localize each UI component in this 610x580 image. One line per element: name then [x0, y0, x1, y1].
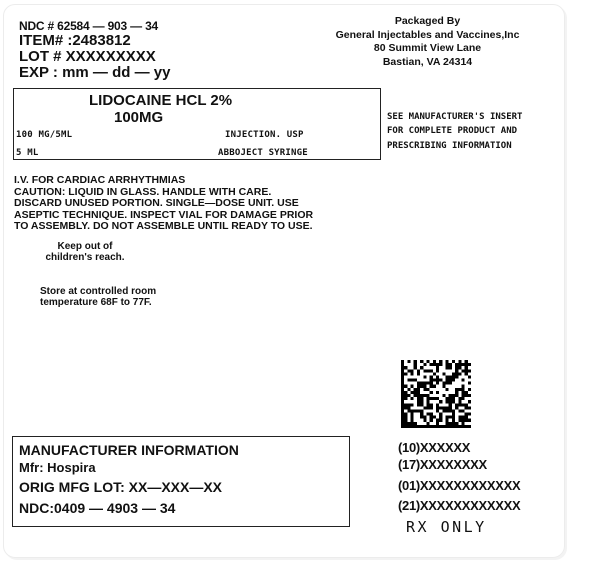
product-name: LIDOCAINE HCL 2% — [89, 92, 232, 109]
insert-note-line: SEE MANUFACTURER'S INSERT — [387, 110, 522, 124]
manufacturer-ndc: NDC:0409 — 4903 — 34 — [19, 500, 175, 516]
storage-line: temperature 68F to 77F. — [40, 298, 156, 309]
manufacturer-name: Mfr: Hospira — [19, 460, 96, 475]
manufacturer-title: MANUFACTURER INFORMATION — [19, 442, 239, 458]
gs1-gtin: (01)XXXXXXXXXXXX — [398, 478, 520, 493]
item-number: ITEM# :2483812 — [19, 32, 131, 49]
gs1-batch: (10)XXXXXX — [398, 440, 470, 455]
product-dose: 100MG — [114, 109, 163, 126]
storage-instructions: Store at controlled room temperature 68F… — [40, 287, 156, 308]
caution-line: TO ASSEMBLY. DO NOT ASSEMBLE UNTIL READY… — [14, 221, 313, 233]
expiration-date: EXP : mm — dd — yy — [19, 64, 170, 81]
product-volume: 5 ML — [16, 148, 38, 158]
gs1-expiry: (17)XXXXXXXX — [398, 457, 487, 472]
ndc-number: NDC # 62584 — 903 — 34 — [19, 19, 158, 33]
storage-line: Store at controlled room — [40, 287, 156, 298]
caution-line: I.V. FOR CARDIAC ARRHYTHMIAS — [14, 175, 313, 187]
packager-street: 80 Summit View Lane — [300, 42, 555, 56]
insert-note-line: PRESCRIBING INFORMATION — [387, 139, 522, 153]
manufacturer-box: MANUFACTURER INFORMATION Mfr: Hospira OR… — [12, 436, 350, 527]
manufacturer-lot: ORIG MFG LOT: XX—XXX—XX — [19, 479, 222, 495]
product-container: ABBOJECT SYRINGE — [218, 148, 308, 158]
packager-company: General Injectables and Vaccines,Inc — [300, 29, 555, 43]
keep-out-warning: Keep out of children's reach. — [40, 241, 130, 263]
keep-out-line: children's reach. — [40, 252, 130, 263]
rx-only: RX ONLY — [406, 518, 487, 536]
packager-info: Packaged By General Injectables and Vacc… — [300, 15, 555, 69]
caution-text: I.V. FOR CARDIAC ARRHYTHMIAS CAUTION: LI… — [14, 175, 313, 233]
product-concentration: 100 MG/5ML — [16, 130, 72, 140]
packager-heading: Packaged By — [300, 15, 555, 29]
product-form: INJECTION. USP — [225, 130, 304, 140]
gs1-serial: (21)XXXXXXXXXXXX — [398, 498, 520, 513]
keep-out-line: Keep out of — [40, 241, 130, 252]
datamatrix-icon — [401, 360, 471, 428]
packager-city: Bastian, VA 24314 — [300, 56, 555, 70]
insert-note-line: FOR COMPLETE PRODUCT AND — [387, 124, 522, 138]
lot-number: LOT # XXXXXXXXX — [19, 48, 156, 65]
product-box: LIDOCAINE HCL 2% 100MG 100 MG/5ML 5 ML I… — [13, 88, 381, 160]
insert-note: SEE MANUFACTURER'S INSERT FOR COMPLETE P… — [387, 110, 522, 153]
